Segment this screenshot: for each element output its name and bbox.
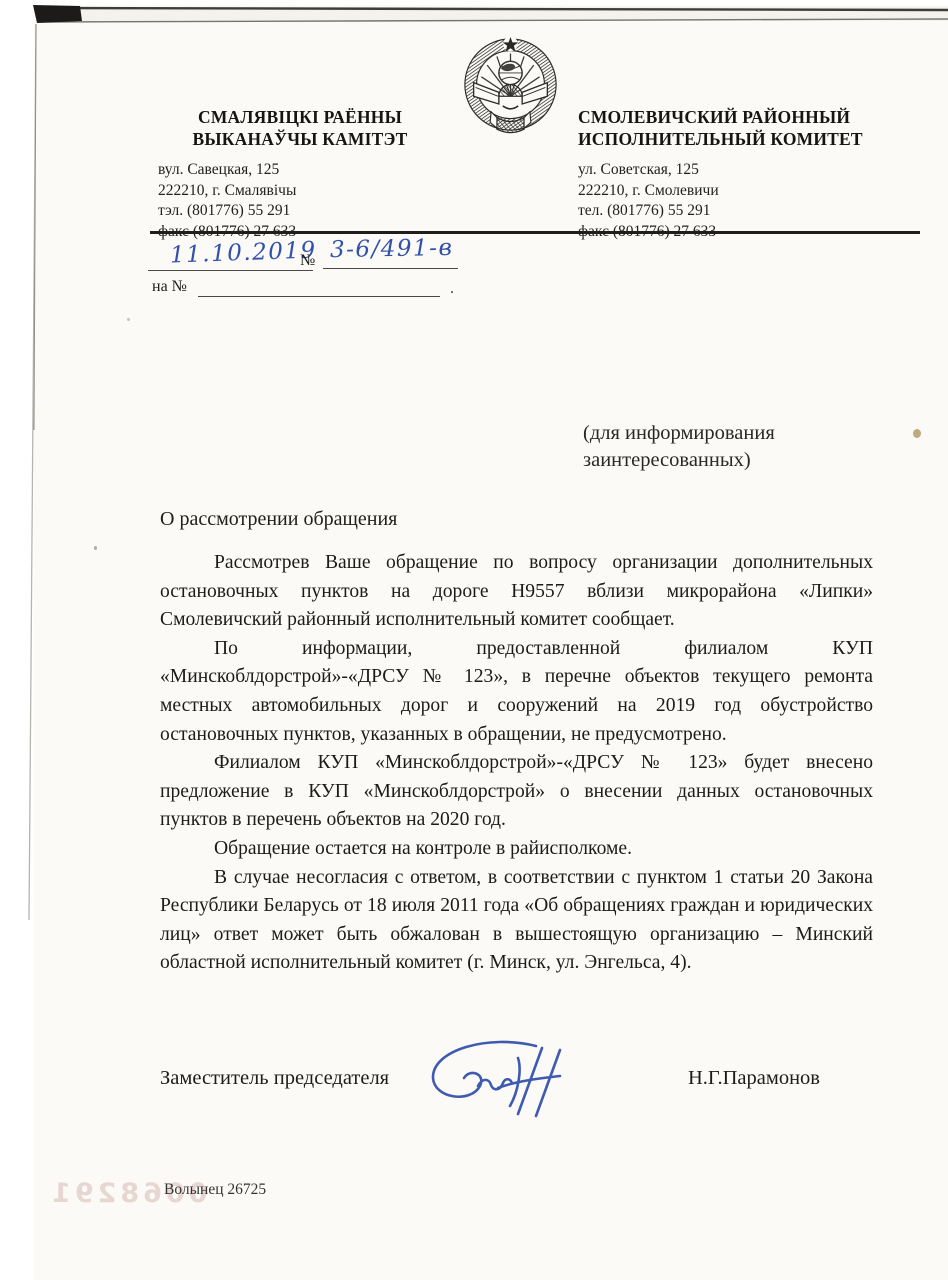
address-line: вул. Савецкая, 125 (158, 160, 296, 181)
recipient-note: (для информирования заинтересованных) (583, 420, 903, 474)
number-underline (323, 267, 458, 269)
address-line: 222210, г. Смалявічы (158, 181, 296, 202)
scan-speck (127, 318, 130, 321)
incoming-number-underline (198, 295, 440, 297)
number-sign-label: № (300, 252, 315, 270)
scan-speck (94, 546, 97, 550)
body-paragraph: В случае несогласия с ответом, в соответ… (160, 864, 873, 978)
incoming-number-label: на № (152, 278, 187, 296)
org-name-by-line2: ВЫКАНАЎЧЫ КАМІТЭТ (150, 128, 450, 150)
org-name-ru-line1: СМОЛЕВИЧСКИЙ РАЙОННЫЙ (578, 106, 898, 128)
org-name-russian: СМОЛЕВИЧСКИЙ РАЙОННЫЙ ИСПОЛНИТЕЛЬНЫЙ КОМ… (578, 106, 898, 150)
letter-body: Рассмотрев Ваше обращение по вопросу орг… (160, 549, 873, 978)
body-paragraph: Рассмотрев Ваше обращение по вопросу орг… (160, 549, 873, 635)
address-line: тэл. (801776) 55 291 (158, 201, 296, 222)
coat-of-arms-belarus-icon (462, 36, 559, 138)
signer-role: Заместитель председателя (160, 1067, 389, 1090)
header-divider (150, 231, 920, 234)
signer-name: Н.Г.Парамонов (688, 1067, 820, 1090)
scanned-letter: СМАЛЯВІЦКІ РАЁННЫ ВЫКАНАЎЧЫ КАМІТЭТ вул.… (0, 0, 948, 1280)
address-line: ул. Советская, 125 (578, 160, 719, 181)
body-paragraph: Филиалом КУП «Минскоблдорстрой»-«ДРСУ № … (160, 749, 873, 835)
address-line: 222210, г. Смолевичи (578, 181, 719, 202)
org-address-belarusian: вул. Савецкая, 125 222210, г. Смалявічы … (158, 160, 296, 242)
address-line: тел. (801776) 55 291 (578, 201, 719, 222)
incoming-line-period: . (450, 280, 454, 298)
body-paragraph: По информации, предоставленной филиалом … (160, 635, 873, 749)
recipient-note-line1: (для информирования (583, 420, 903, 447)
letter-subject: О рассмотрении обращения (160, 508, 397, 531)
recipient-note-line2: заинтересованных) (583, 447, 903, 474)
executor-note: Волынец 26725 (164, 1181, 266, 1199)
scan-speck (913, 429, 921, 438)
date-underline (148, 269, 313, 271)
org-name-by-line1: СМАЛЯВІЦКІ РАЁННЫ (150, 106, 450, 128)
handwritten-date: 11.10.2019 (170, 237, 318, 268)
org-address-russian: ул. Советская, 125 222210, г. Смолевичи … (578, 160, 719, 242)
org-name-belarusian: СМАЛЯВІЦКІ РАЁННЫ ВЫКАНАЎЧЫ КАМІТЭТ (150, 106, 450, 150)
org-name-ru-line2: ИСПОЛНИТЕЛЬНЫЙ КОМИТЕТ (578, 128, 898, 150)
handwritten-outgoing-number: 3-6/491-в (330, 235, 454, 263)
signature-ink-icon (418, 1036, 603, 1128)
body-paragraph: Обращение остается на контроле в райиспо… (160, 835, 873, 864)
